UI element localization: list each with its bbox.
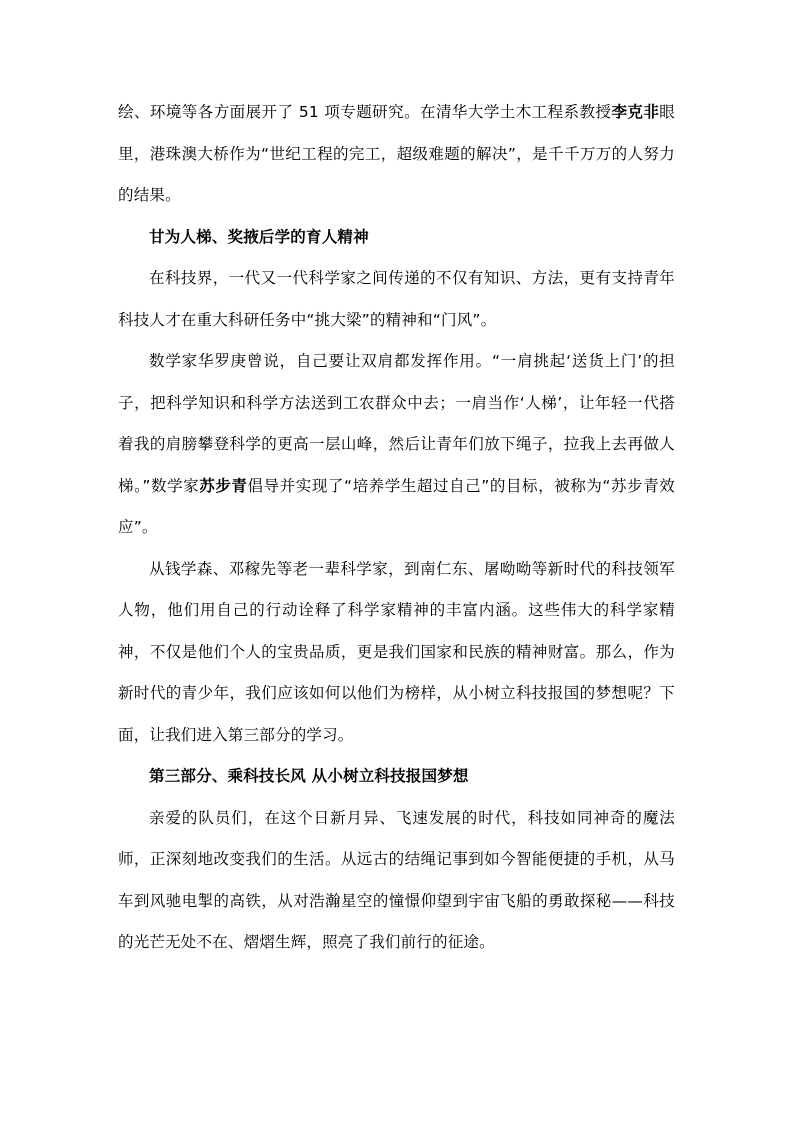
text-run: 数学家华罗庚曾说，自己要让双肩都发挥作用。“一肩挑起‘送货上门’的担子，把科学知… <box>118 352 675 495</box>
text-run: 从钱学森、邓稼先等老一辈科学家，到南仁东、屠呦呦等新时代的科技领军人物，他们用自… <box>118 560 675 744</box>
document-page: 绘、环境等各方面展开了 51 项专题研究。在清华大学土木工程系教授李克非眼里，港… <box>0 0 793 1122</box>
heading-mentoring-spirit: 甘为人梯、奖掖后学的育人精神 <box>118 217 675 259</box>
text-run: 绘、环境等各方面展开了 51 项专题研究。在清华大学土木工程系教授 <box>118 103 611 121</box>
bold-text-run: 李克非 <box>611 103 659 121</box>
document-text-block: 绘、环境等各方面展开了 51 项专题研究。在清华大学土木工程系教授李克非眼里，港… <box>118 92 675 964</box>
paragraph-bridge-research: 绘、环境等各方面展开了 51 项专题研究。在清华大学土木工程系教授李克非眼里，港… <box>118 92 675 217</box>
bold-text-run: 第三部分、乘科技长风 从小树立科技报国梦想 <box>149 767 469 785</box>
bold-text-run: 苏步青 <box>199 477 247 495</box>
paragraph-tech-community: 在科技界，一代又一代科学家之间传递的不仅有知识、方法，更有支持青年科技人才在重大… <box>118 258 675 341</box>
paragraph-hua-luogeng: 数学家华罗庚曾说，自己要让双肩都发挥作用。“一肩挑起‘送货上门’的担子，把科学知… <box>118 341 675 549</box>
paragraph-scientist-generations: 从钱学森、邓稼先等老一辈科学家，到南仁东、屠呦呦等新时代的科技领军人物，他们用自… <box>118 549 675 757</box>
text-run: 在科技界，一代又一代科学家之间传递的不仅有知识、方法，更有支持青年科技人才在重大… <box>118 269 675 329</box>
paragraph-dear-team-members: 亲爱的队员们，在这个日新月异、飞速发展的时代，科技如同神奇的魔法师，正深刻地改变… <box>118 798 675 964</box>
text-run: 亲爱的队员们，在这个日新月异、飞速发展的时代，科技如同神奇的魔法师，正深刻地改变… <box>118 809 675 952</box>
heading-part-three: 第三部分、乘科技长风 从小树立科技报国梦想 <box>118 756 675 798</box>
bold-text-run: 甘为人梯、奖掖后学的育人精神 <box>149 228 369 246</box>
